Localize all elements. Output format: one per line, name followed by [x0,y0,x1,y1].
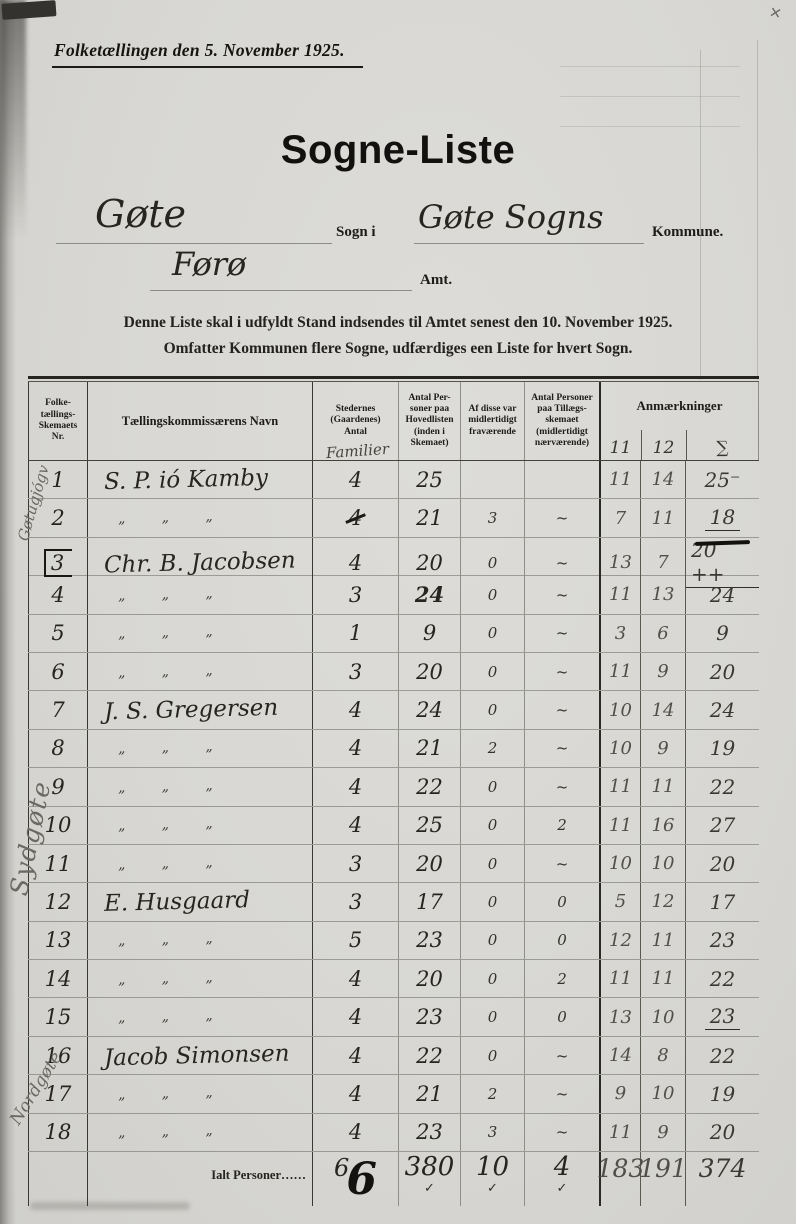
totals-sum: 374 [686,1152,759,1206]
navn-value: „ „ „ [104,969,213,988]
cell-steder: 4 [313,1114,399,1151]
m-value: 5 [615,891,626,912]
cell-tillaegsskema: ~ [525,576,601,613]
fravaer-value: 0 [488,624,498,642]
table-row: 6 „ „ „ 3 20 0 ~ 11 9 20 [28,653,759,691]
cell-navn: „ „ „ [88,807,313,844]
cell-k: 16 [641,807,686,844]
cell-fravaerende: 3 [461,499,525,536]
cell-navn: Jacob Simonsen [88,1037,313,1074]
navn-value: Jacob Simonsen [104,1040,290,1071]
table-row: 10 „ „ „ 4 25 0 2 11 16 27 [28,807,759,845]
cell-fravaerende: 0 [461,615,525,652]
steder-value: 3 [349,583,362,607]
sum-value: 22 [710,775,735,799]
sum-value: 25⁻ [704,468,740,492]
pencil-mark: ✕ [768,3,784,24]
table-row: 3 Chr. B. Jacobsen 4 20 0 ~ 13 7 20 ++ [28,538,759,576]
cell-steder: 3 [313,653,399,690]
cell-sum: 20 [686,653,759,690]
cell-hovedliste: 9 [399,615,461,652]
header-hovedliste: Antal Per- soner paa Hovedlisten (inden … [399,382,461,460]
tillaeg-value: ~ [556,1123,569,1141]
m-value: 11 [609,776,632,797]
skema-nr-value: 4 [51,583,64,607]
k-value: 16 [652,815,675,836]
bleed-through-line [560,96,740,97]
navn-value: „ „ „ [104,1008,213,1027]
sum-value: 27 [710,813,735,837]
m-value: 14 [609,1045,632,1066]
hoved-value: 21 [416,736,443,760]
cell-m: 14 [601,1037,641,1074]
cell-steder: 4 [313,1037,399,1074]
cell-hovedliste: 20 [399,960,461,997]
hoved-value: 9 [423,621,436,645]
cell-k: 8 [641,1037,686,1074]
cell-m: 11 [601,461,641,498]
fill-line [56,243,332,244]
hoved-value: 20 [416,852,443,876]
cell-fravaerende: 0 [461,653,525,690]
cell-tillaegsskema: ~ [525,1075,601,1112]
instructions-line-2: Omfatter Kommunen flere Sogne, udfærdige… [0,336,796,362]
skema-nr-value: 18 [45,1120,72,1144]
steder-value: 1 [349,621,362,645]
cell-m: 11 [601,576,641,613]
cell-sum: 24 [686,576,759,613]
tillaeg-value: ~ [556,855,569,873]
cell-steder: 3 [313,883,399,920]
m-value: 11 [609,1122,632,1143]
cell-fravaerende [461,461,525,498]
m-value: 3 [615,623,626,644]
cell-steder: 4 [313,768,399,805]
cell-m: 12 [601,922,641,959]
table-row: 5 „ „ „ 1 9 0 ~ 3 6 9 [28,615,759,653]
tillaeg-value: ~ [556,701,569,719]
cell-fravaerende: 0 [461,998,525,1035]
bleed-through-line [560,126,740,127]
fravaer-value: 0 [488,855,498,873]
m-value: 11 [609,968,632,989]
familier-handwritten: Familier [314,439,400,463]
checkmark: ✓ [557,1181,568,1194]
table-row: 11 „ „ „ 3 20 0 ~ 10 10 20 [28,845,759,883]
cell-hovedliste: 20 [399,653,461,690]
fravaer-value: 0 [488,893,498,911]
skema-nr-value: 3 [44,549,72,577]
k-value: 9 [657,738,668,759]
cell-fravaerende: 0 [461,576,525,613]
cell-navn: „ „ „ [88,576,313,613]
anm-sub-col-1: 11 [601,430,641,460]
cell-steder: 4 [313,499,399,536]
scan-corner-smudge [0,0,26,240]
page-title: Sogne-Liste [0,128,796,173]
tillaeg-value: ~ [556,586,569,604]
sogn-i-label: Sogn i [336,224,376,241]
cell-skema-nr: 14 [28,960,88,997]
cell-navn: E. Husgaard [88,883,313,920]
hoved-value: 23 [416,1005,443,1029]
totals-m-value: 183 [597,1154,645,1183]
cell-fravaerende: 0 [461,883,525,920]
sum-value: 23 [710,928,735,952]
anm-sub-col-3: ∑ [686,430,759,460]
fravaer-value: 2 [488,1085,498,1103]
m-value: 13 [609,552,632,573]
cell-tillaegsskema: 2 [525,807,601,844]
skema-nr-value: 6 [51,660,64,684]
cell-k: 11 [641,922,686,959]
cell-sum: 22 [686,768,759,805]
cell-m: 3 [601,615,641,652]
k-value: 11 [652,968,675,989]
fravaer-value: 0 [488,1047,498,1065]
navn-value: „ „ „ [104,1123,213,1142]
steder-value: 3 [349,660,362,684]
totals-tillaeg-value: 4 [554,1154,571,1180]
census-table: Folke- tællings- Skemaets Nr. Tællingsko… [28,376,759,1206]
cell-m: 11 [601,960,641,997]
cell-m: 11 [601,768,641,805]
steder-value: 4 [349,967,362,991]
cell-hovedliste: 25 [399,807,461,844]
cell-fravaerende: 0 [461,922,525,959]
navn-value: E. Husgaard [104,887,251,917]
m-value: 9 [615,1083,626,1104]
cell-k: 6 [641,615,686,652]
cell-fravaerende: 2 [461,730,525,767]
steder-value: 4 [349,1082,362,1106]
tillaeg-value: ~ [556,1047,569,1065]
cell-navn: „ „ „ [88,615,313,652]
cell-sum: 20 [686,845,759,882]
cell-tillaegsskema: ~ [525,768,601,805]
cell-k: 11 [641,768,686,805]
cell-steder: 4 [313,1075,399,1112]
fravaer-value: 0 [488,586,498,604]
cell-fravaerende: 0 [461,691,525,728]
cell-sum: 19 [686,730,759,767]
skema-nr-value: 2 [51,506,64,530]
totals-k-value: 191 [639,1154,687,1183]
cell-navn: „ „ „ [88,499,313,536]
k-value: 10 [652,1007,675,1028]
m-value: 13 [609,1007,632,1028]
cell-tillaegsskema: 0 [525,922,601,959]
navn-value: „ „ „ [104,624,213,643]
hoved-value: 21 [416,506,443,530]
navn-value: J. S. Gregersen [104,695,279,726]
navn-value: Chr. B. Jacobsen [104,547,296,578]
fill-line [414,243,644,244]
cell-hovedliste: 23 [399,1114,461,1151]
cell-steder: 4 [313,461,399,498]
fravaer-value: 0 [488,931,498,949]
k-value: 9 [657,1122,668,1143]
hoved-value: 20 [416,551,443,575]
cell-hovedliste: 20 [399,845,461,882]
table-row: 4 „ „ „ 3 24 0 ~ 11 13 24 [28,576,759,614]
totals-fravaer-value: 10 [476,1154,509,1180]
cell-navn: „ „ „ [88,845,313,882]
header-tillaegsskema: Antal Personer paa Tillægs- skemaet (mid… [525,382,601,460]
header-steder: Stedernes (Gaardenes) Antal Familier [313,382,399,460]
hoved-value: 22 [416,775,443,799]
cell-hovedliste: 23 [399,922,461,959]
cell-fravaerende: 2 [461,1075,525,1112]
table-row: 16 Jacob Simonsen 4 22 0 ~ 14 8 22 [28,1037,759,1075]
cell-steder: 3 [313,576,399,613]
tillaeg-value: ~ [556,1085,569,1103]
cell-sum: 23 [686,922,759,959]
cell-k: 11 [641,960,686,997]
cell-fravaerende: 0 [461,960,525,997]
steder-value: 4 [349,775,362,799]
steder-value: 4 [349,1120,362,1144]
cell-sum: 20 [686,1114,759,1151]
fravaer-value: 0 [488,970,498,988]
sum-value: 24 [710,583,735,607]
cell-fravaerende: 0 [461,1037,525,1074]
cell-sum: 23 [686,998,759,1035]
hoved-value: 21 [416,1082,443,1106]
cell-fravaerende: 0 [461,807,525,844]
totals-fravaerende: 10✓ [461,1152,525,1206]
cell-steder: 3 [313,845,399,882]
cell-navn: „ „ „ [88,653,313,690]
sum-value: 19 [710,1082,735,1106]
navn-value: „ „ „ [104,662,213,681]
totals-sum-value: 374 [699,1154,747,1183]
cell-steder: 5 [313,922,399,959]
k-value: 11 [652,776,675,797]
tillaeg-value: 0 [557,893,567,911]
cell-fravaerende: 0 [461,845,525,882]
k-value: 12 [652,891,675,912]
hoved-value: 17 [416,890,443,914]
cell-k: 10 [641,845,686,882]
cell-sum: 22 [686,1037,759,1074]
cell-hovedliste: 17 [399,883,461,920]
steder-value: 4 [349,551,362,575]
tillaeg-value: ~ [556,554,569,572]
cell-hovedliste: 21 [399,730,461,767]
header-navn: Tællingskommissærens Navn [88,382,313,460]
cell-sum: 18 [686,499,759,536]
checkmark: ✓ [487,1181,498,1194]
cell-skema-nr: 12 [28,883,88,920]
cell-skema-nr: 8 [28,730,88,767]
cell-skema-nr: 4 [28,576,88,613]
tillaeg-value: 0 [557,931,567,949]
table-row: 2 „ „ „ 4 21 3 ~ 7 11 18 [28,499,759,537]
anmaerkninger-subheaders: 11 12 ∑ [601,430,759,460]
kommune-label: Kommune. [652,224,723,241]
totals-steder: 6 6 [313,1152,399,1206]
cell-tillaegsskema: ~ [525,845,601,882]
hoved-value: 23 [416,928,443,952]
cell-k: 14 [641,691,686,728]
table-body: 1 S. P. ió Kamby 4 25 11 14 25⁻ 2 „ „ „ … [28,461,759,1152]
k-value: 10 [652,1083,675,1104]
cell-m: 13 [601,998,641,1035]
cell-sum: 22 [686,960,759,997]
navn-value: S. P. ió Kamby [104,465,269,495]
cell-k: 9 [641,653,686,690]
header-steder-text: Stedernes (Gaardenes) Antal [330,404,380,438]
cell-navn: S. P. ió Kamby [88,461,313,498]
cell-steder: 4 [313,998,399,1035]
header-skema-nr: Folke- tællings- Skemaets Nr. [28,382,88,460]
totals-steder-digit-overwritten: 6 [346,1154,377,1205]
table-header-row: Folke- tællings- Skemaets Nr. Tællingsko… [28,382,759,461]
header-fravaerende-top: Af disse var [468,404,516,415]
k-value: 14 [652,700,675,721]
steder-value: 4 [349,468,362,492]
table-row: 7 J. S. Gregersen 4 24 0 ~ 10 14 24 [28,691,759,729]
cell-m: 7 [601,499,641,536]
cell-hovedliste: 21 [399,1075,461,1112]
sum-value: 23 [705,1004,740,1030]
skema-nr-value: 11 [45,852,72,876]
cell-navn: „ „ „ [88,922,313,959]
table-row: 8 „ „ „ 4 21 2 ~ 10 9 19 [28,730,759,768]
cell-k: 12 [641,883,686,920]
cell-skema-nr: 18 [28,1114,88,1151]
instructions-line-1: Denne Liste skal i udfyldt Stand indsend… [0,310,796,336]
cell-steder: 4 [313,691,399,728]
cell-tillaegsskema: 2 [525,960,601,997]
navn-value: „ „ „ [104,777,213,796]
header-anmaerkninger-label: Anmærkninger [637,382,723,430]
hoved-value: 20 [416,660,443,684]
cell-tillaegsskema: ~ [525,499,601,536]
cell-sum: 24 [686,691,759,728]
cell-m: 5 [601,883,641,920]
cell-sum: 27 [686,807,759,844]
amt-label: Amt. [420,272,452,289]
cell-tillaegsskema: ~ [525,653,601,690]
totals-row: Ialt Personer…… 6 6 380✓ 10✓ 4✓ 183 191 … [28,1152,759,1206]
navn-value: „ „ „ [104,816,213,835]
m-value: 10 [609,738,632,759]
cell-m: 10 [601,845,641,882]
cell-navn: „ „ „ [88,960,313,997]
sum-value: 20 [710,1120,735,1144]
skema-nr-value: 5 [51,621,64,645]
cell-steder: 4 [313,807,399,844]
fravaer-value: 0 [488,778,498,796]
cell-steder: 4 [313,960,399,997]
sum-value: 20 [710,660,735,684]
skema-nr-value: 1 [51,468,64,492]
cell-tillaegsskema: ~ [525,1114,601,1151]
header-fravaerende-bold: midlertidigt fraværende [468,415,517,438]
steder-value: 3 [349,890,362,914]
hoved-value: 22 [416,1044,443,1068]
cell-k: 14 [641,461,686,498]
cell-hovedliste: 23 [399,998,461,1035]
tillaeg-value: 2 [557,970,567,988]
form-header: Folketællingen den 5. November 1925. [52,40,363,68]
m-value: 7 [615,508,626,529]
cell-m: 11 [601,653,641,690]
k-value: 8 [657,1045,668,1066]
cell-k: 10 [641,998,686,1035]
cell-hovedliste: 24 [399,576,461,613]
table-row: 15 „ „ „ 4 23 0 0 13 10 23 [28,998,759,1036]
cell-hovedliste: 22 [399,1037,461,1074]
fill-line [150,290,412,291]
totals-tillaegsskema: 4✓ [525,1152,601,1206]
header-anmaerkninger: Anmærkninger 11 12 ∑ [601,382,759,460]
navn-value: „ „ „ [104,854,213,873]
skema-nr-value: 13 [45,928,72,952]
skema-nr-value: 14 [45,967,72,991]
m-value: 10 [609,700,632,721]
sum-value: 22 [710,967,735,991]
navn-value: „ „ „ [104,509,213,528]
navn-value: „ „ „ [104,1085,213,1104]
hoved-value: 25 [416,468,443,492]
navn-value: „ „ „ [104,739,213,758]
cell-tillaegsskema: 0 [525,998,601,1035]
k-value: 10 [652,853,675,874]
sum-value: 17 [710,890,735,914]
fravaer-value: 0 [488,816,498,834]
cell-fravaerende: 3 [461,1114,525,1151]
table-row: 1 S. P. ió Kamby 4 25 11 14 25⁻ [28,461,759,499]
tillaeg-value: ~ [556,778,569,796]
steder-value: 3 [349,852,362,876]
tillaeg-value: 0 [557,1008,567,1026]
sum-value: 24 [710,698,735,722]
cell-steder: 4 [313,730,399,767]
k-value: 14 [652,469,675,490]
skema-nr-value: 12 [45,890,72,914]
table-row: 9 „ „ „ 4 22 0 ~ 11 11 22 [28,768,759,806]
m-value: 10 [609,853,632,874]
steder-value: 4 [349,506,362,530]
k-value: 9 [657,661,668,682]
table-row: 17 „ „ „ 4 21 2 ~ 9 10 19 [28,1075,759,1113]
totals-k: 191 [641,1152,686,1206]
cell-navn: „ „ „ [88,730,313,767]
k-value: 6 [657,623,668,644]
scanned-census-page: ✕ Folketællingen den 5. November 1925. S… [0,0,796,1224]
navn-value: „ „ „ [104,931,213,950]
cell-tillaegsskema: ~ [525,615,601,652]
cell-hovedliste: 25 [399,461,461,498]
cell-skema-nr: 5 [28,615,88,652]
sum-value: 9 [716,621,729,645]
cell-tillaegsskema: ~ [525,691,601,728]
cell-k: 9 [641,1114,686,1151]
cell-m: 11 [601,1114,641,1151]
cell-k: 11 [641,499,686,536]
cell-skema-nr: 13 [28,922,88,959]
hoved-value: 24 [416,698,443,722]
totals-m: 183 [601,1152,641,1206]
table-row: 14 „ „ „ 4 20 0 2 11 11 22 [28,960,759,998]
scan-corner-mark [2,0,57,20]
fravaer-value: 0 [488,663,498,681]
cell-tillaegsskema [525,461,601,498]
cell-k: 10 [641,1075,686,1112]
